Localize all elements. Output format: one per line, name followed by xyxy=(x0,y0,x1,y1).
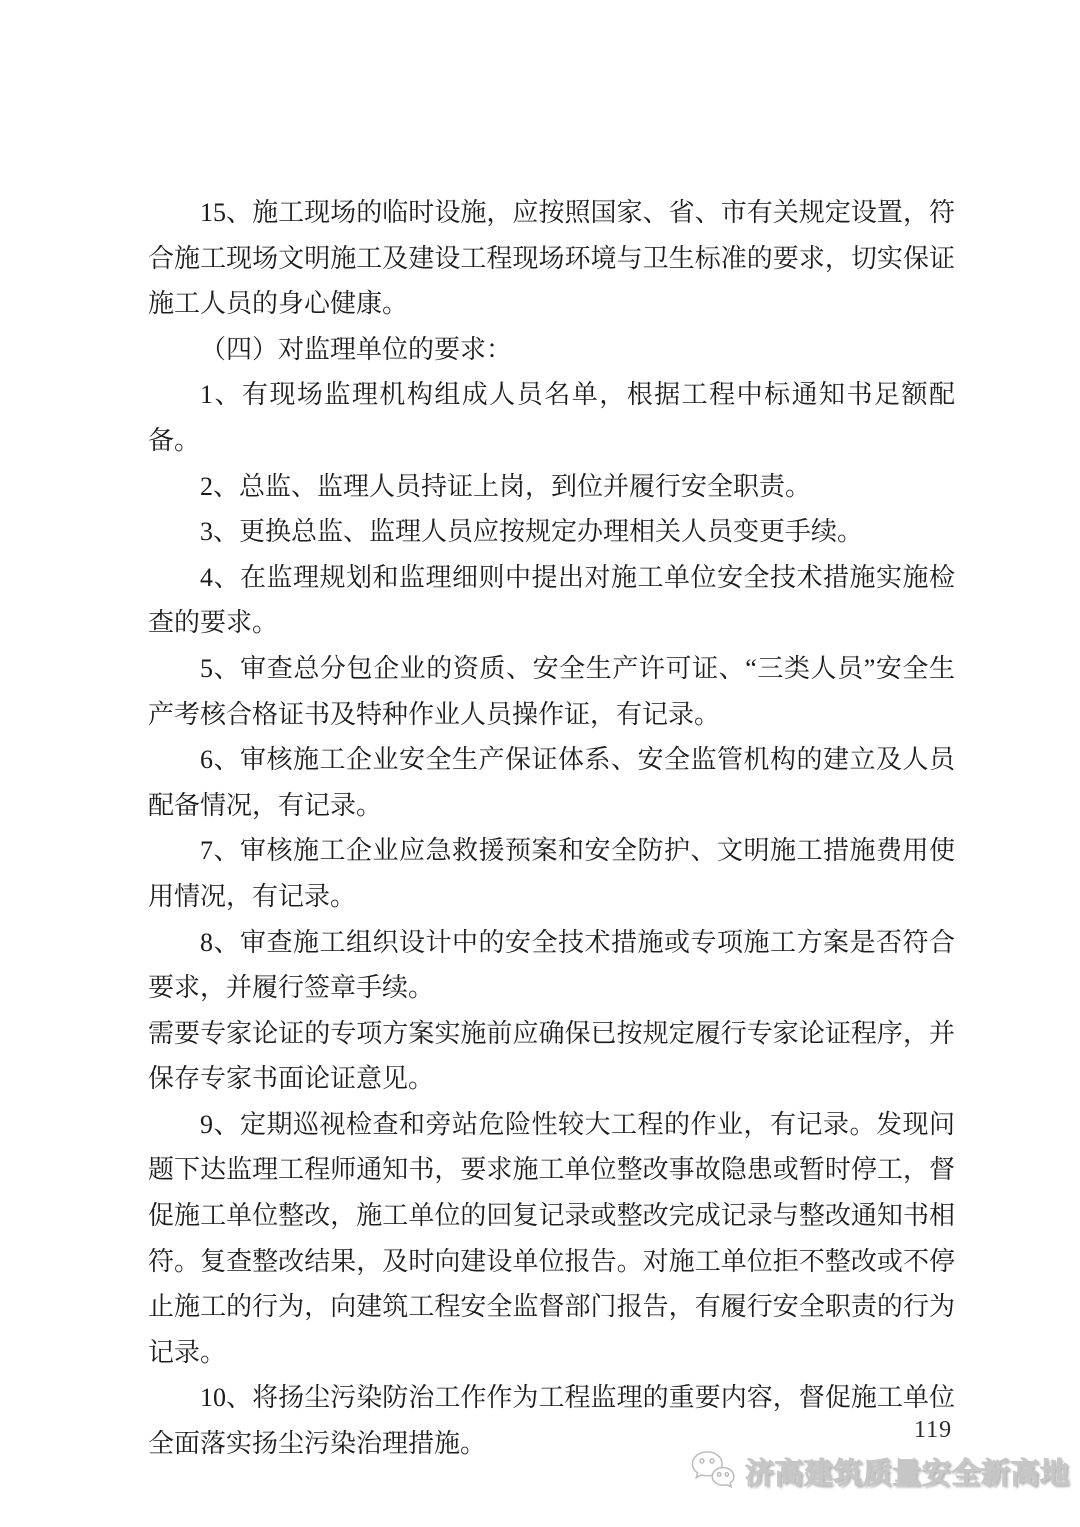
paragraph: 1、有现场监理机构组成人员名单，根据工程中标通知书足额配备。 xyxy=(148,372,955,463)
paragraph: 需要专家论证的专项方案实施前应确保已按规定履行专家论证程序，并保存专家书面论证意… xyxy=(148,1011,955,1102)
document-page: 15、施工现场的临时设施，应按照国家、省、市有关规定设置，符合施工现场文明施工及… xyxy=(0,0,1080,1527)
paragraph: 8、审查施工组织设计中的安全技术措施或专项施工方案是否符合要求，并履行签章手续。 xyxy=(148,920,955,1011)
paragraph: 4、在监理规划和监理细则中提出对施工单位安全技术措施实施检查的要求。 xyxy=(148,555,955,646)
document-body: 15、施工现场的临时设施，应按照国家、省、市有关规定设置，符合施工现场文明施工及… xyxy=(148,190,955,1467)
wechat-icon xyxy=(690,1449,736,1493)
page-number: 119 xyxy=(914,1417,952,1444)
paragraph: 7、审核施工企业应急救援预案和安全防护、文明施工措施费用使用情况，有记录。 xyxy=(148,828,955,919)
paragraph: 15、施工现场的临时设施，应按照国家、省、市有关规定设置，符合施工现场文明施工及… xyxy=(148,190,955,327)
watermark-text: 济高建筑质量安全新高地 xyxy=(745,1451,1070,1492)
paragraph: 6、审核施工企业安全生产保证体系、安全监管机构的建立及人员配备情况，有记录。 xyxy=(148,737,955,828)
watermark: 济高建筑质量安全新高地 xyxy=(690,1449,1070,1493)
paragraph: 5、审查总分包企业的资质、安全生产许可证、“三类人员”安全生产考核合格证书及特种… xyxy=(148,646,955,737)
paragraph: 3、更换总监、监理人员应按规定办理相关人员变更手续。 xyxy=(148,509,955,555)
paragraph: 2、总监、监理人员持证上岗，到位并履行安全职责。 xyxy=(148,464,955,510)
section-heading: （四）对监理单位的要求： xyxy=(148,327,955,373)
paragraph: 9、定期巡视检查和旁站危险性较大工程的作业，有记录。发现问题下达监理工程师通知书… xyxy=(148,1102,955,1376)
